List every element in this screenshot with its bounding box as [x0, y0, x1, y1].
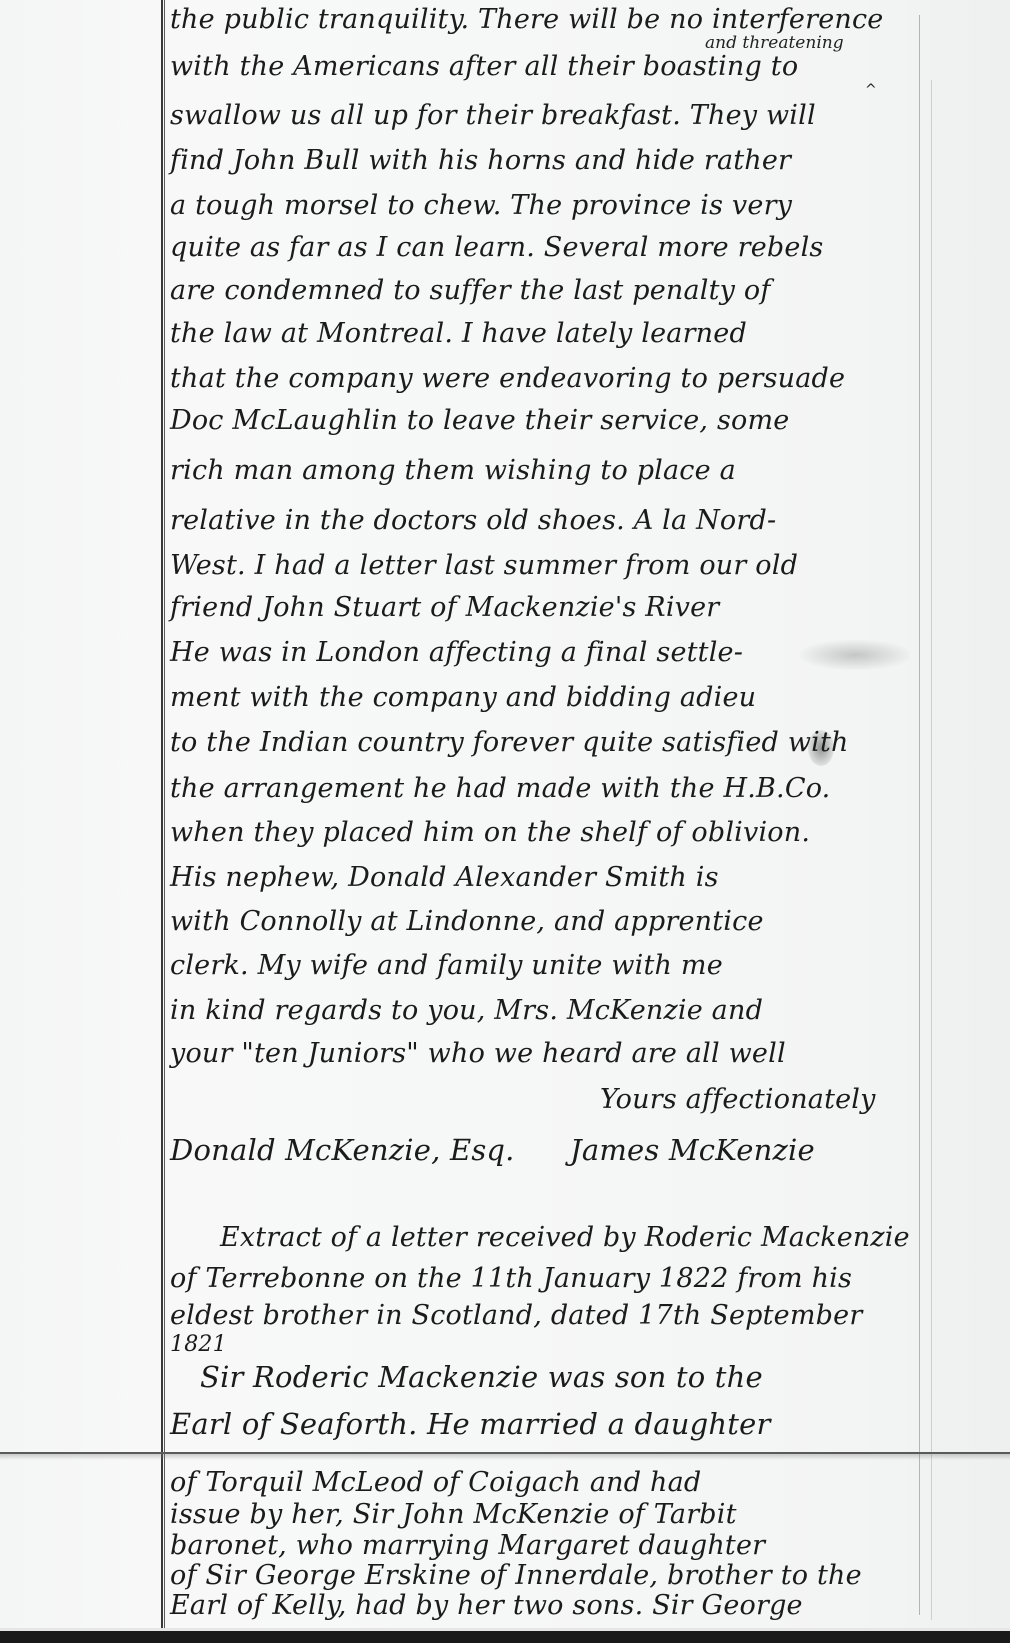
- letter-line: find John Bull with his horns and hide r…: [170, 145, 791, 176]
- letter-line: His nephew, Donald Alexander Smith is: [170, 862, 719, 893]
- letter-line: the law at Montreal. I have lately learn…: [170, 318, 747, 349]
- right-page-edge: [931, 80, 932, 1620]
- letter-line: quite as far as I can learn. Several mor…: [170, 232, 823, 263]
- scan-bottom-edge: [0, 1628, 1010, 1643]
- extract-body-line: of Torquil McLeod of Coigach and had: [170, 1467, 701, 1498]
- right-page-rule: [919, 15, 920, 1615]
- interlinear-insertion: and threatening: [705, 33, 844, 53]
- letter-line: when they placed him on the shelf of obl…: [170, 817, 810, 848]
- letter-line: to the Indian country forever quite sati…: [170, 727, 849, 758]
- letter-line: the arrangement he had made with the H.B…: [170, 773, 830, 804]
- signature: James McKenzie: [570, 1133, 815, 1167]
- letter-line: with the Americans after all their boast…: [170, 51, 798, 82]
- scanned-page: the public tranquility. There will be no…: [0, 0, 1010, 1643]
- letter-line: Doc McLaughlin to leave their service, s…: [170, 405, 789, 436]
- extract-heading-line: eldest brother in Scotland, dated 17th S…: [170, 1300, 862, 1331]
- extract-heading-line: of Terrebonne on the 11th January 1822 f…: [170, 1263, 852, 1294]
- extract-body-line: Earl of Seaforth. He married a daughter: [170, 1407, 771, 1441]
- letter-line: a tough morsel to chew. The province is …: [170, 190, 792, 221]
- letter-line: your "ten Juniors" who we heard are all …: [170, 1038, 786, 1069]
- closing-salutation: Yours affectionately: [600, 1084, 876, 1115]
- ink-smear: [800, 640, 910, 670]
- letter-line: that the company were endeavoring to per…: [170, 363, 845, 394]
- extract-body-line: Earl of Kelly, had by her two sons. Sir …: [170, 1590, 803, 1621]
- extract-body-line: baronet, who marrying Margaret daughter: [170, 1530, 765, 1561]
- extract-heading-line: Extract of a letter received by Roderic …: [220, 1222, 910, 1253]
- letter-line: in kind regards to you, Mrs. McKenzie an…: [170, 995, 763, 1026]
- addressee: Donald McKenzie, Esq.: [170, 1133, 515, 1167]
- letter-line: relative in the doctors old shoes. A la …: [170, 505, 776, 536]
- letter-line: rich man among them wishing to place a: [170, 455, 736, 486]
- extract-body-line: issue by her, Sir John McKenzie of Tarbi…: [170, 1499, 737, 1530]
- extract-body-line: of Sir George Erskine of Innerdale, brot…: [170, 1560, 862, 1591]
- left-margin-rule: [161, 0, 165, 1628]
- extract-heading-line: 1821: [170, 1332, 227, 1357]
- letter-line: clerk. My wife and family unite with me: [170, 950, 723, 981]
- insertion-caret-icon: ^: [865, 82, 877, 98]
- letter-line: He was in London affecting a final settl…: [170, 637, 743, 668]
- letter-line: are condemned to suffer the last penalty…: [170, 275, 771, 306]
- letter-line: West. I had a letter last summer from ou…: [170, 550, 798, 581]
- letter-line: with Connolly at Lindonne, and apprentic…: [170, 906, 764, 937]
- letter-line: friend John Stuart of Mackenzie's River: [170, 592, 719, 623]
- letter-line: the public tranquility. There will be no…: [170, 4, 883, 35]
- letter-line: ment with the company and bidding adieu: [170, 682, 756, 713]
- extract-body-line: Sir Roderic Mackenzie was son to the: [200, 1360, 763, 1394]
- letter-line: swallow us all up for their breakfast. T…: [170, 100, 816, 131]
- page-seam: [0, 1452, 1010, 1460]
